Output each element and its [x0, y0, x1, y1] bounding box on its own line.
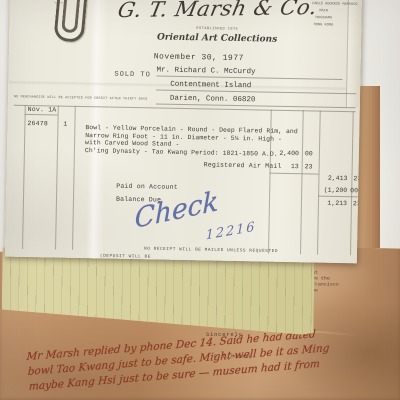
subtotal-amount: 2,413 [319, 175, 347, 183]
letterhead-right-line: HONG KONG [312, 22, 335, 26]
typed-fragment-line: oe [312, 288, 339, 292]
typed-fragment-line: ve the [312, 276, 339, 280]
order-number-cell: 26478 [27, 120, 48, 127]
item-cents: 00 [305, 150, 313, 157]
letterhead-right-text: CABLE ADDRESS MARSHCO MAIN YOKOHAMA HONG… [297, 1, 350, 30]
item-amount: 2,400 [270, 150, 299, 158]
table-rule [300, 110, 304, 254]
ledger-date-cell: Nov. 1A [28, 106, 57, 114]
sold-to-address1: Contentment Island [156, 80, 356, 94]
table-rule [350, 111, 354, 255]
typed-fragment-line: at [312, 270, 339, 274]
paid-underline [318, 196, 358, 198]
letterhead-right-line: MAIN [312, 8, 335, 12]
company-logo: G. T. Marsh & Co. [115, 0, 321, 22]
balance-amount: 1,213 [319, 200, 347, 208]
shipping-cents: 23 [305, 163, 313, 170]
typed-fragment: at ve the Francisco oe [312, 270, 355, 294]
quantity-cell: 1 [63, 121, 67, 128]
date-cell-rule [25, 114, 58, 116]
table-rule [55, 106, 59, 250]
company-subtitle: Oriental Art Collections [117, 32, 317, 46]
table-rule [317, 111, 321, 255]
photo-of-receipt-stack: at ve the Francisco oe Sincerely R. C. M… [0, 0, 400, 400]
credit-notice: NO MERCHANDISE WILL BE ACCEPTED FOR CRED… [14, 95, 148, 101]
paid-on-account-label: Paid on Account [116, 183, 178, 191]
letterhead-right-line: CABLE ADDRESS MARSHCO [312, 1, 335, 5]
handwritten-note: Mr Marsh replied by phone Dec 14. Said h… [26, 319, 400, 394]
handwritten-check-number: 12216 [206, 219, 257, 243]
sold-to-name: Mr. Richard C. McCurdy [156, 66, 342, 80]
item-description: Bowl - Yellow Porcelain - Round - Deep F… [85, 124, 298, 158]
amount-underline [270, 173, 319, 175]
shipping-amount: 13 [270, 163, 299, 171]
invoice-date: November 30, 1977 [154, 52, 244, 63]
receipt-notice: NO RECEIPT WILL BE MAILED UNLESS REQUEST… [114, 246, 308, 255]
table-rule [22, 105, 26, 249]
paperclip-icon [53, 0, 87, 43]
typed-fragment-line: Francisco [312, 282, 339, 286]
letterhead-right-line: YOKOHAMA [312, 15, 335, 19]
table-rule [72, 106, 76, 250]
established-line: ESTABLISHED 1876 [172, 26, 262, 32]
deposit-notice: (DEPOSIT WILL BE [100, 253, 151, 259]
sold-to-label: SOLD TO [114, 71, 151, 80]
receipt-paper: MARSH BUILDING POST STREET SAN FRANCISCO… [5, 0, 362, 263]
paid-amount: (1,200 [315, 187, 347, 195]
sold-to-address2: Darien, Conn. 06820 [156, 94, 356, 108]
